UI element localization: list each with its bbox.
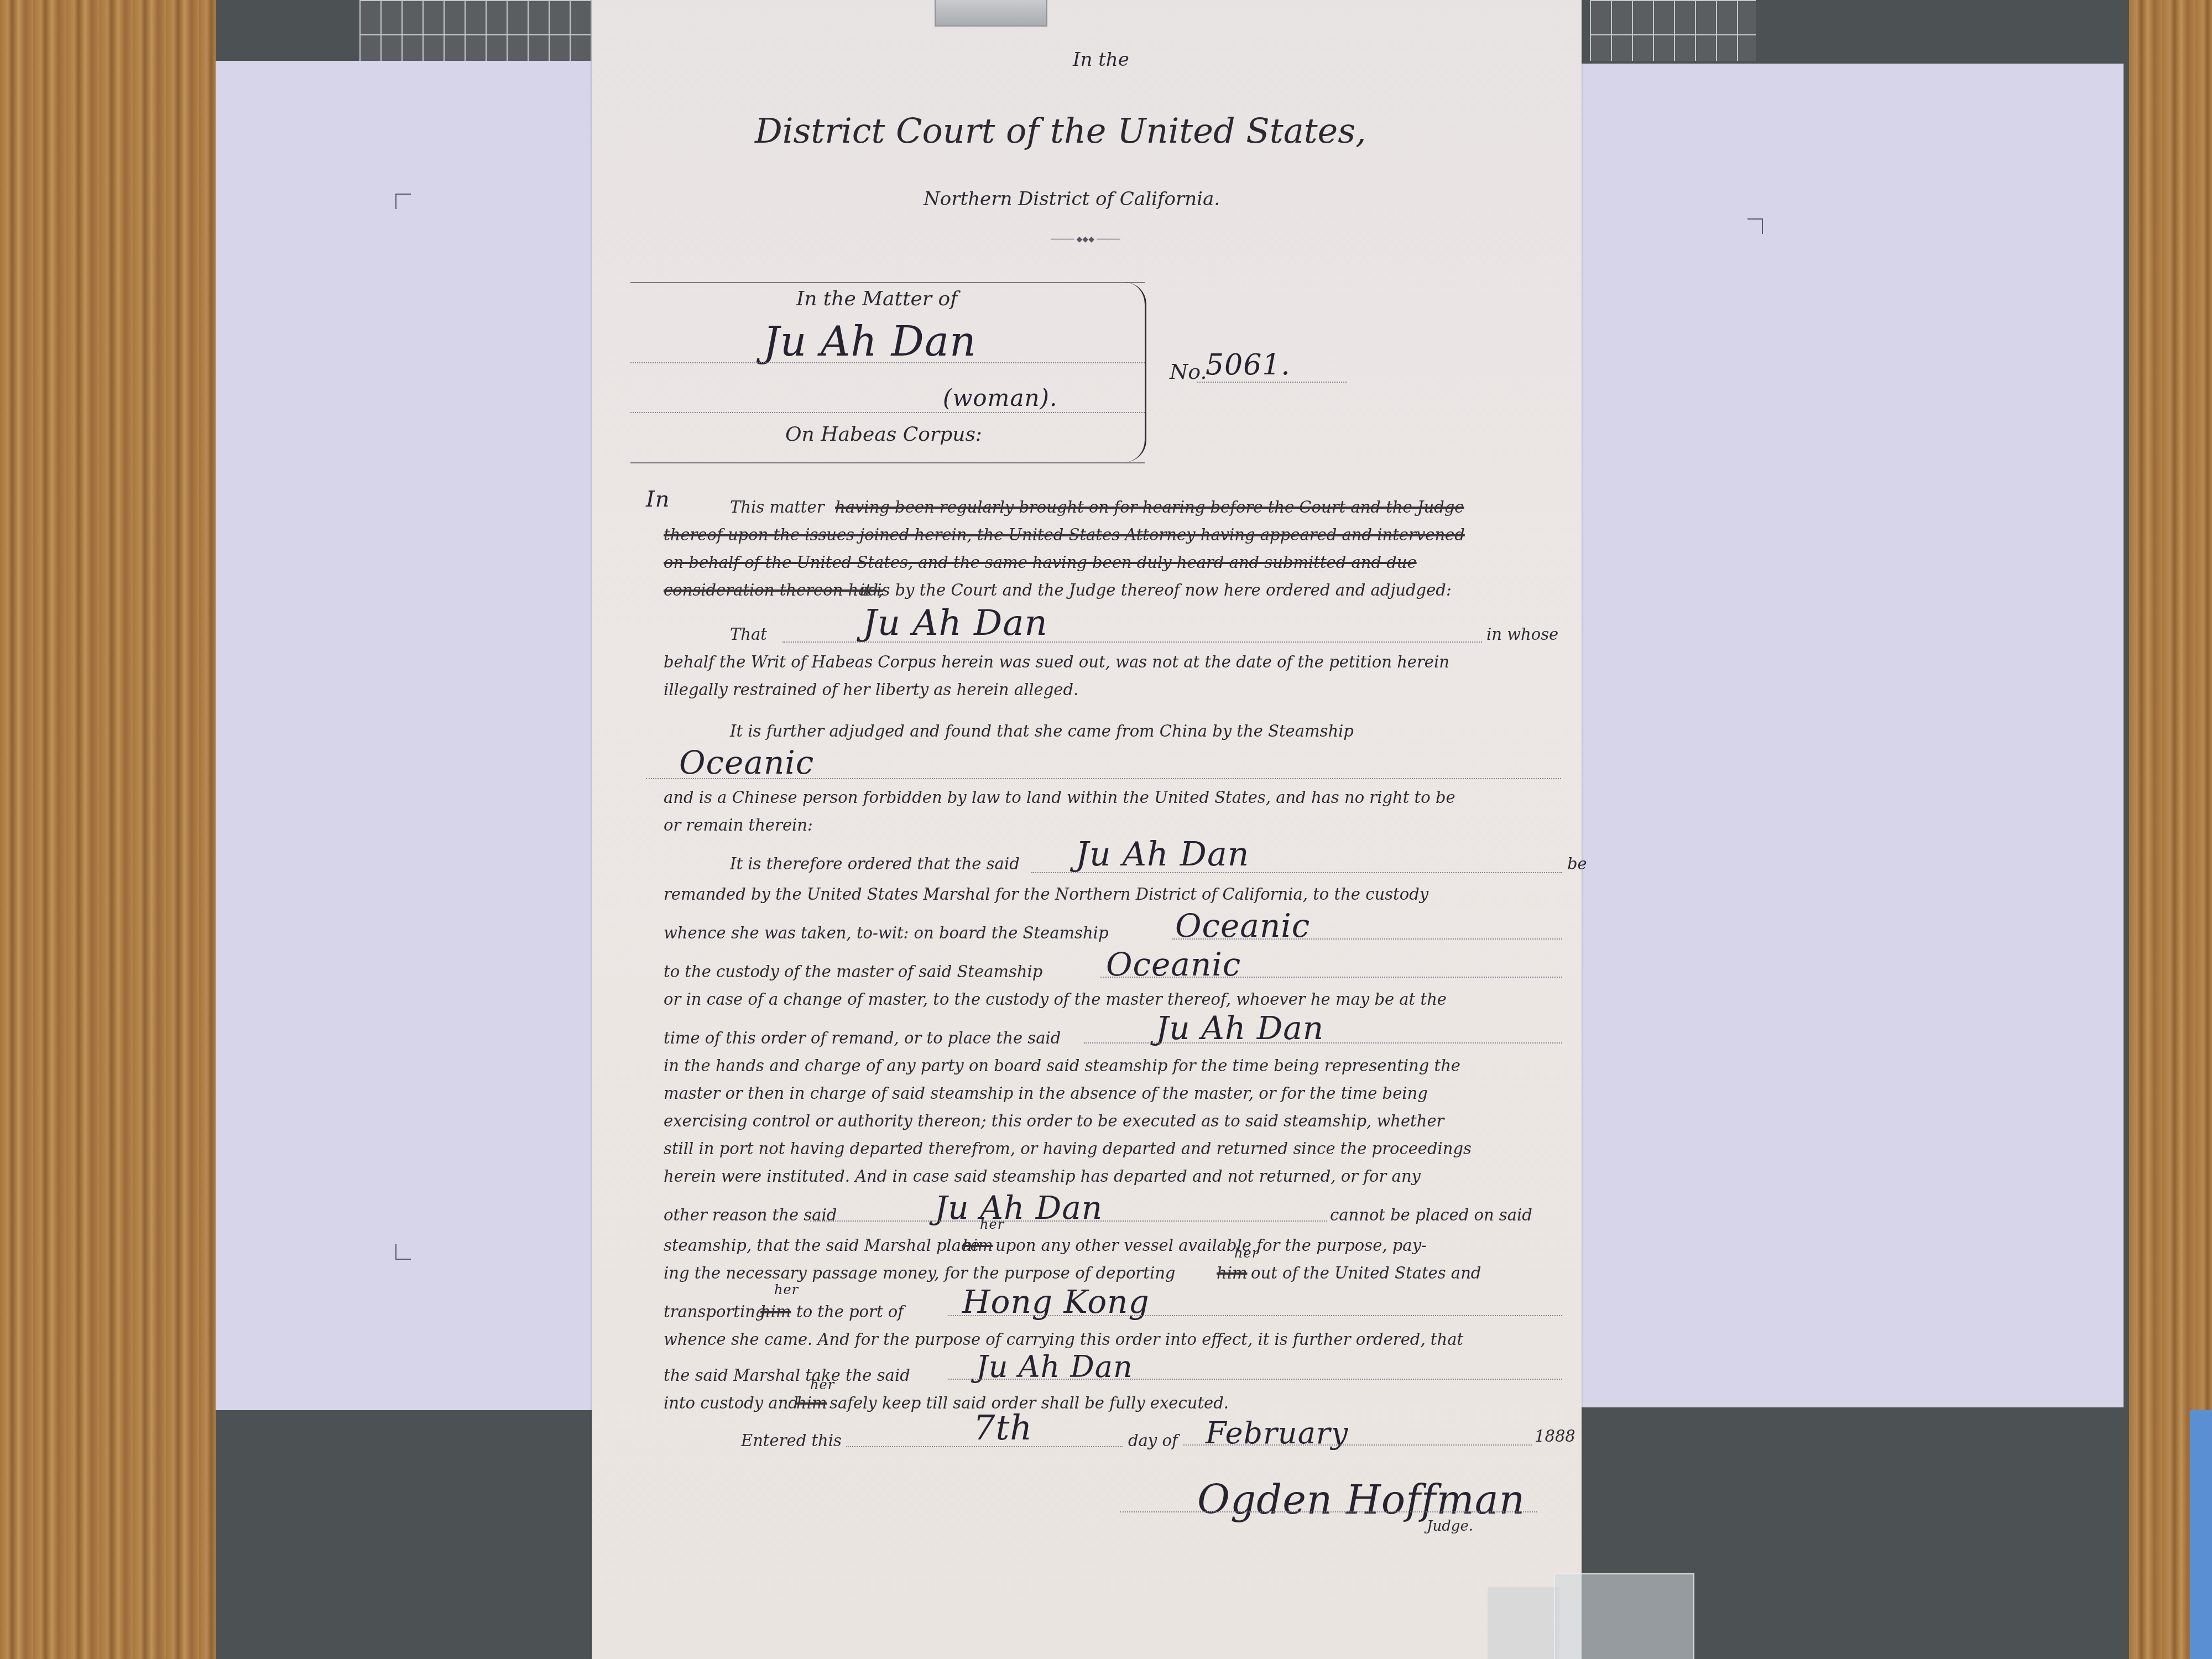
p1-that: That [730, 625, 767, 644]
crop-mark-bottom-left [395, 1244, 411, 1260]
p1-line2: behalf the Writ of Habeas Corpus herein … [664, 653, 1449, 671]
p3-name2: Ju Ah Dan [1156, 1009, 1324, 1047]
p3-struck-him4: him [796, 1394, 827, 1412]
preamble-line4-struck: consideration thereon had, [664, 581, 883, 599]
p3-name1: Ju Ah Dan [1076, 835, 1249, 874]
caption-name-line [630, 362, 1145, 363]
case-number-label: No. [1170, 359, 1207, 384]
caption-proceeding: On Habeas Corpus: [785, 423, 982, 446]
p3-line3-pre: whence she was taken, to-wit: on board t… [664, 924, 1108, 942]
p2-line1: It is further adjudged and found that sh… [730, 722, 1354, 740]
p1-line3: illegally restrained of her liberty as h… [664, 680, 1078, 699]
backing-board-right [1582, 64, 2124, 1407]
p3-line1-pre: It is therefore ordered that the said [730, 854, 1020, 873]
entry-day-value: 7th [973, 1407, 1032, 1448]
p3-line16: whence she came. And for the purpose of … [664, 1330, 1463, 1349]
p3-insert-her3: her [774, 1282, 799, 1297]
p2-steamship: Oceanic [679, 744, 814, 781]
p3-line14-pre: ing the necessary passage money, for the… [664, 1264, 1175, 1282]
preamble-line1-struck: having been regularly brought on for hea… [835, 498, 1464, 517]
p3-line15-mid: to the port of [796, 1302, 904, 1321]
p3-name2-line [1084, 1042, 1562, 1044]
header-district: Northern District of California. [924, 188, 1220, 210]
entry-entered-this: Entered this [741, 1431, 842, 1450]
case-number-line [1197, 382, 1347, 383]
p3-name4-line [948, 1379, 1562, 1380]
p3-insert-her1: her [980, 1217, 1004, 1232]
preamble-line4-kept: it is by the Court and the Judge thereof… [860, 581, 1452, 599]
header-ornament: ───── ◆◆◆ ───── [1051, 235, 1120, 244]
caption-in-the-matter-of: In the Matter of [796, 288, 957, 310]
p2-line3: or remain therein: [664, 816, 813, 834]
p3-line7: in the hands and charge of any party on … [664, 1056, 1460, 1075]
paper-clip-weight [935, 0, 1047, 27]
p3-line2: remanded by the United States Marshal fo… [664, 885, 1428, 904]
case-number-value: 5061. [1206, 348, 1291, 382]
p3-line13-post: upon any other vessel available for the … [995, 1236, 1427, 1255]
p3-line13-pre: steamship, that the said Marshal place [664, 1236, 979, 1255]
mat-grid-left [359, 0, 592, 61]
p3-line18-pre: into custody and [664, 1394, 799, 1412]
header-in-the: In the [1073, 49, 1129, 71]
entry-day-line [846, 1446, 1123, 1447]
judge-signature: Ogden Hoffman [1197, 1477, 1525, 1523]
acrylic-stand-base [1488, 1587, 1559, 1659]
p3-steamship1-line [1172, 938, 1562, 940]
p3-line9: exercising control or authority thereon;… [664, 1112, 1444, 1130]
p3-struck-him3: him [760, 1302, 791, 1321]
p3-name3-line [810, 1220, 1327, 1222]
p2-steamship-line [646, 778, 1561, 779]
p3-struck-him2: him [1217, 1264, 1247, 1282]
p3-line6-pre: time of this order of remand, or to plac… [664, 1029, 1061, 1047]
caption-note-line [630, 412, 1145, 413]
p3-line8: master or then in charge of said steamsh… [664, 1084, 1428, 1103]
entry-year: 1888 [1535, 1427, 1575, 1446]
p3-name1-line [1031, 872, 1562, 873]
preamble-line1-kept: This matter [730, 498, 825, 517]
p3-line5: or in case of a change of master, to the… [664, 990, 1447, 1009]
p1-in-whose: in whose [1486, 625, 1558, 644]
caption-petitioner-note: (woman). [943, 384, 1057, 411]
p3-steamship2-line [1100, 977, 1562, 978]
p3-line1-post: be [1567, 854, 1587, 873]
blue-edge [2190, 1410, 2212, 1659]
caption-petitioner-name: Ju Ah Dan [763, 318, 977, 366]
header-court-title: District Court of the United States, [755, 111, 1366, 151]
p3-line14-post: out of the United States and [1251, 1264, 1481, 1282]
p1-name-line [782, 641, 1482, 643]
p3-line11: herein were instituted. And in case said… [664, 1167, 1421, 1186]
caption-rule-top [630, 282, 1145, 283]
p3-insert-her2: her [1234, 1245, 1259, 1261]
entry-day-of: day of [1128, 1431, 1178, 1450]
p3-line15-pre: transporting [664, 1302, 765, 1321]
preamble-line2-struck: thereof upon the issues joined herein, t… [664, 525, 1465, 544]
p1-name: Ju Ah Dan [863, 603, 1048, 644]
p3-port-line [948, 1315, 1562, 1316]
wood-frame-left [0, 0, 216, 1659]
p3-line17-pre: the said Marshal take the said [664, 1366, 910, 1385]
p2-line2: and is a Chinese person forbidden by law… [664, 788, 1455, 807]
preamble-insert: In [646, 487, 670, 512]
acrylic-stand-block [1554, 1573, 1694, 1659]
judge-title: Judge. [1427, 1518, 1473, 1535]
p3-line10: still in port not having departed theref… [664, 1139, 1472, 1158]
caption-brace [1117, 282, 1146, 462]
backing-board-left [216, 61, 592, 1410]
p3-insert-her4: her [810, 1377, 834, 1392]
crop-mark-top-left [395, 194, 411, 209]
p3-line12-post: cannot be placed on said [1330, 1206, 1532, 1224]
p3-struck-him1: him [962, 1236, 993, 1255]
mat-grid-right [1590, 0, 1756, 61]
caption-rule-bottom [630, 462, 1145, 463]
p3-line4-pre: to the custody of the master of said Ste… [664, 962, 1042, 981]
preamble-line3-struck: on behalf of the United States, and the … [664, 553, 1417, 572]
entry-month-line [1183, 1444, 1532, 1446]
crop-mark-top-right [1747, 218, 1763, 234]
signature-line [1120, 1511, 1537, 1512]
